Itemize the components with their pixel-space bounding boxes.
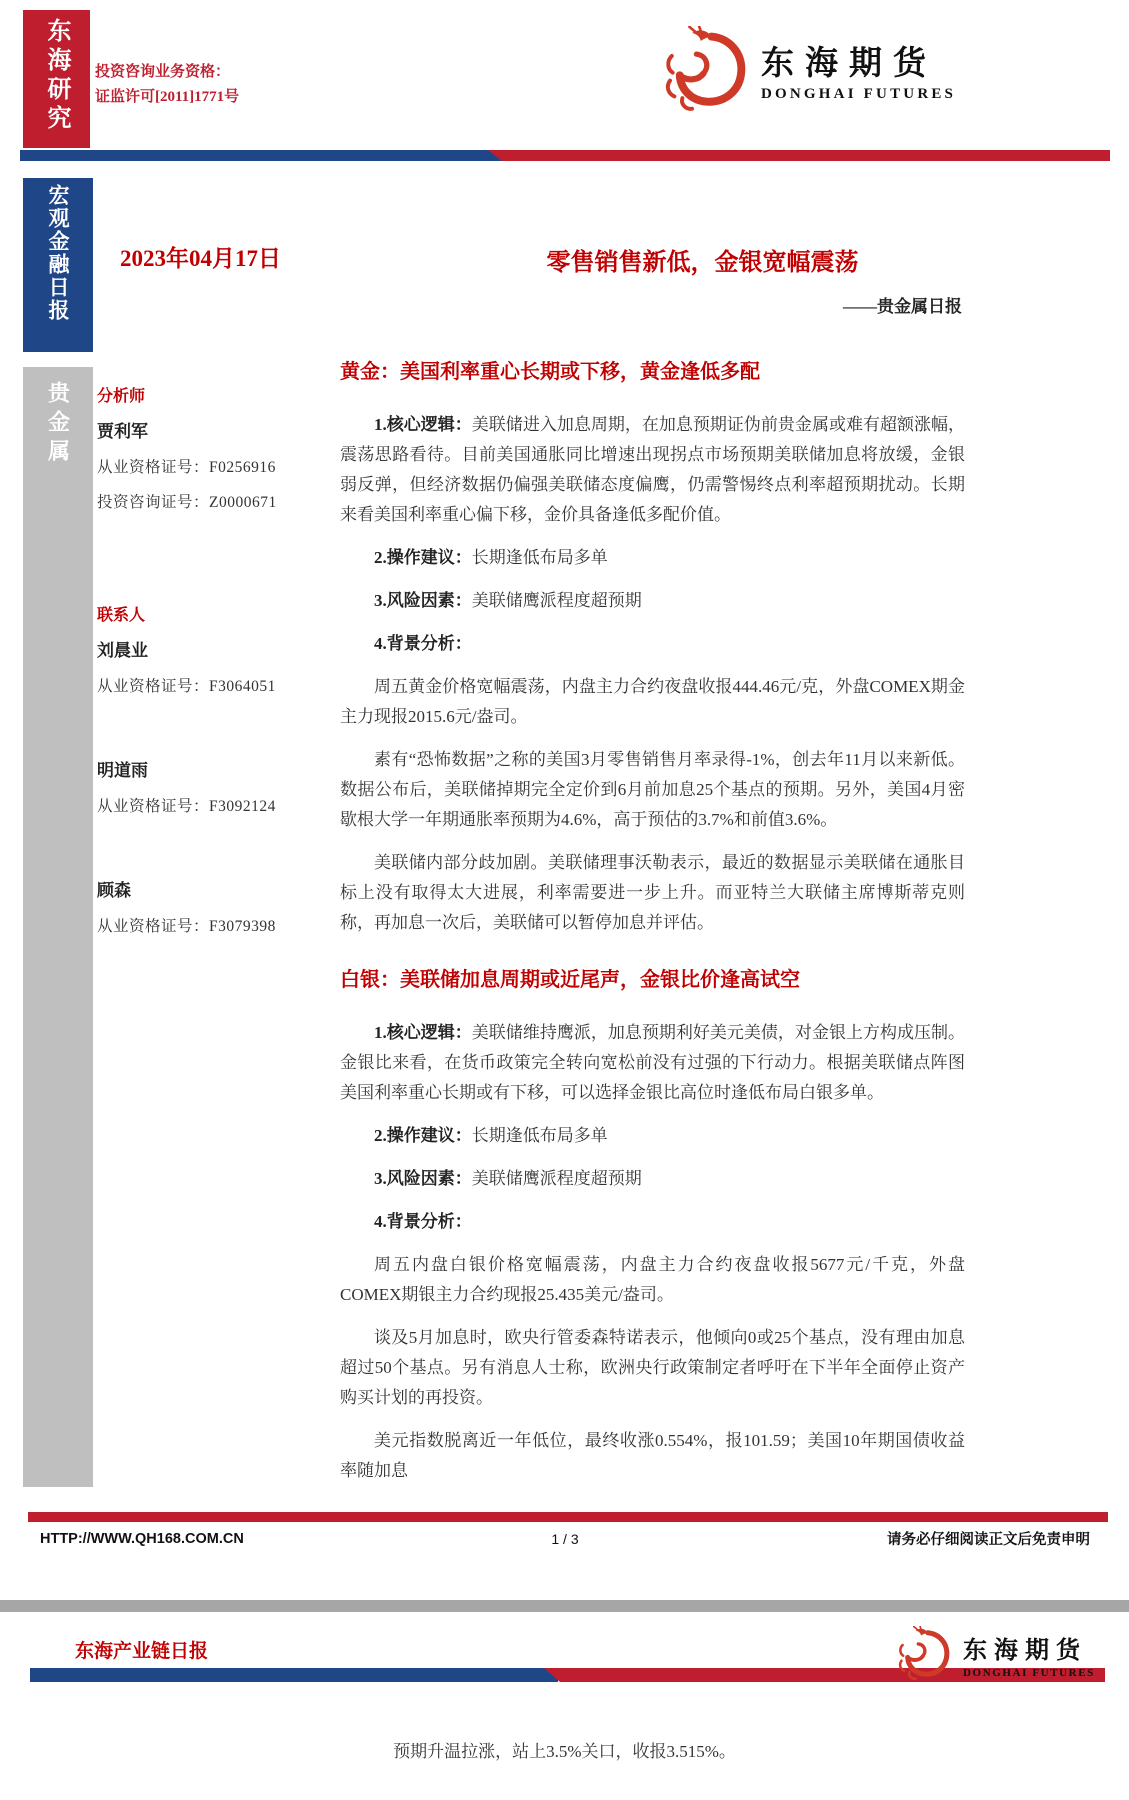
- gold-operation-advice: 2.操作建议：长期逢低布局多单: [340, 543, 965, 573]
- category-vertical-label: 宏观金融日报: [43, 178, 73, 322]
- gold-background-para-3: 美联储内部分歧加剧。美联储理事沃勒表示，最近的数据显示美联储在通胀目标上没有取得…: [340, 848, 965, 938]
- gold-risk-factor: 3.风险因素：美联储鹰派程度超预期: [340, 586, 965, 616]
- divider-red-segment: [488, 150, 1110, 161]
- contact-name-2: 明道雨: [97, 756, 332, 781]
- analyst-name: 贾利军: [97, 417, 332, 442]
- silver-background-label-row: 4.背景分析：: [340, 1207, 965, 1237]
- gold-core-logic: 1.核心逻辑：美联储进入加息周期，在加息预期证伪前贵金属或难有超额涨幅，震荡思路…: [340, 410, 965, 530]
- page-number: 1 / 3: [410, 1531, 720, 1547]
- silver-background-para-3: 美元指数脱离近一年低位，最终收涨0.554%，报101.59；美国10年期国债收…: [340, 1426, 965, 1486]
- contact-cert-2: 从业资格证号：F3092124: [97, 794, 332, 816]
- gold-background-label-row: 4.背景分析：: [340, 629, 965, 659]
- silver-operation-advice: 2.操作建议：长期逢低布局多单: [340, 1121, 965, 1151]
- company-name-cn: 东海期货: [761, 37, 956, 84]
- company-logo: 东海期货 DONGHAI FUTURES: [663, 26, 956, 114]
- footer-row: HTTP://WWW.QH168.COM.CN 1 / 3 请务必仔细阅读正文后…: [40, 1528, 1090, 1549]
- contact-cert-1: 从业资格证号：F3064051: [97, 674, 332, 696]
- footer-red-bar: [28, 1512, 1108, 1522]
- contact-name-1: 刘晨业: [97, 636, 332, 661]
- contact-name-3: 顾森: [97, 876, 332, 901]
- gold-core-logic-label: 1.核心逻辑：: [374, 415, 472, 434]
- silver-section-heading: 白银：美联储加息周期或近尾声，金银比价逢高试空: [340, 966, 965, 994]
- gold-background-label: 4.背景分析：: [374, 634, 472, 653]
- report-body: 黄金：美国利率重心长期或下移，黄金逢低多配 1.核心逻辑：美联储进入加息周期，在…: [340, 358, 965, 1499]
- qualification-line-1: 投资咨询业务资格：: [95, 60, 239, 85]
- silver-operation-advice-label: 2.操作建议：: [374, 1126, 472, 1145]
- category-vertical-banner: 宏观金融日报: [23, 178, 93, 352]
- report-page: 东海研究 投资咨询业务资格： 证监许可[2011]1771号 东海期货 DONG…: [0, 0, 1129, 1800]
- contacts-panel: 分析师 贾利军 从业资格证号：F0256916 投资咨询证号：Z0000671 …: [97, 383, 332, 936]
- divider-blue-segment: [20, 150, 502, 161]
- contact-cert-3: 从业资格证号：F3079398: [97, 914, 332, 936]
- gold-risk-factor-label: 3.风险因素：: [374, 591, 472, 610]
- sidebar-vertical-label: 贵金属: [43, 367, 74, 468]
- header-divider-bar: [0, 150, 1129, 161]
- page2-header-title: 东海产业链日报: [75, 1636, 208, 1663]
- company-logo-small-text: 东海期货 DONGHAI FUTURES: [963, 1630, 1095, 1679]
- contact-heading: 联系人: [97, 602, 332, 625]
- report-title: 零售销售新低，金银宽幅震荡: [440, 242, 965, 277]
- page2-continuation-line: 预期升温拉涨，站上3.5%关口，收报3.515%。: [0, 1737, 1129, 1762]
- footer-url-link[interactable]: HTTP://WWW.QH168.COM.CN: [40, 1531, 410, 1547]
- gold-background-para-1: 周五黄金价格宽幅震荡，内盘主力合约夜盘收报444.46元/克，外盘COMEX期金…: [340, 672, 965, 732]
- silver-background-para-1: 周五内盘白银价格宽幅震荡，内盘主力合约夜盘收报5677元/千克，外盘COMEX期…: [340, 1250, 965, 1310]
- sidebar-gray-banner: 贵金属: [23, 367, 93, 1487]
- analyst-heading: 分析师: [97, 383, 332, 406]
- report-subtitle: ——贵金属日报: [340, 292, 962, 317]
- company-name-en-small: DONGHAI FUTURES: [963, 1667, 1095, 1679]
- qualification-text: 投资咨询业务资格： 证监许可[2011]1771号: [95, 60, 239, 110]
- silver-risk-factor: 3.风险因素：美联储鹰派程度超预期: [340, 1164, 965, 1194]
- silver-core-logic-label: 1.核心逻辑：: [374, 1023, 472, 1042]
- gold-operation-advice-label: 2.操作建议：: [374, 548, 472, 567]
- research-vertical-banner: 东海研究: [23, 10, 90, 148]
- footer-disclaimer: 请务必仔细阅读正文后免责申明: [720, 1528, 1090, 1549]
- analyst-cert-1: 从业资格证号：F0256916: [97, 455, 332, 477]
- qualification-line-2: 证监许可[2011]1771号: [95, 85, 239, 110]
- report-date: 2023年04月17日: [120, 240, 281, 273]
- company-logo-small: 东海期货 DONGHAI FUTURES: [897, 1626, 1095, 1682]
- company-name-cn-small: 东海期货: [963, 1630, 1095, 1665]
- silver-background-para-2: 谈及5月加息时，欧央行管委森特诺表示，他倾向0或25个基点，没有理由加息超过50…: [340, 1323, 965, 1413]
- analyst-cert-2: 投资咨询证号：Z0000671: [97, 490, 332, 512]
- silver-background-label: 4.背景分析：: [374, 1212, 472, 1231]
- dragon-logo-icon: [663, 26, 751, 114]
- gold-section-heading: 黄金：美国利率重心长期或下移，黄金逢低多配: [340, 358, 965, 386]
- silver-risk-factor-label: 3.风险因素：: [374, 1169, 472, 1188]
- page-break-divider: [0, 1600, 1129, 1612]
- company-logo-text: 东海期货 DONGHAI FUTURES: [761, 37, 956, 103]
- gold-background-para-2: 素有“恐怖数据”之称的美国3月零售销售月率录得-1%，创去年11月以来新低。数据…: [340, 745, 965, 835]
- dragon-logo-icon-small: [897, 1626, 953, 1682]
- company-name-en: DONGHAI FUTURES: [761, 86, 956, 103]
- research-vertical-label: 东海研究: [39, 10, 74, 134]
- silver-core-logic: 1.核心逻辑：美联储维持鹰派，加息预期利好美元美债，对金银上方构成压制。金银比来…: [340, 1018, 965, 1108]
- page2-divider-blue-segment: [30, 1668, 558, 1682]
